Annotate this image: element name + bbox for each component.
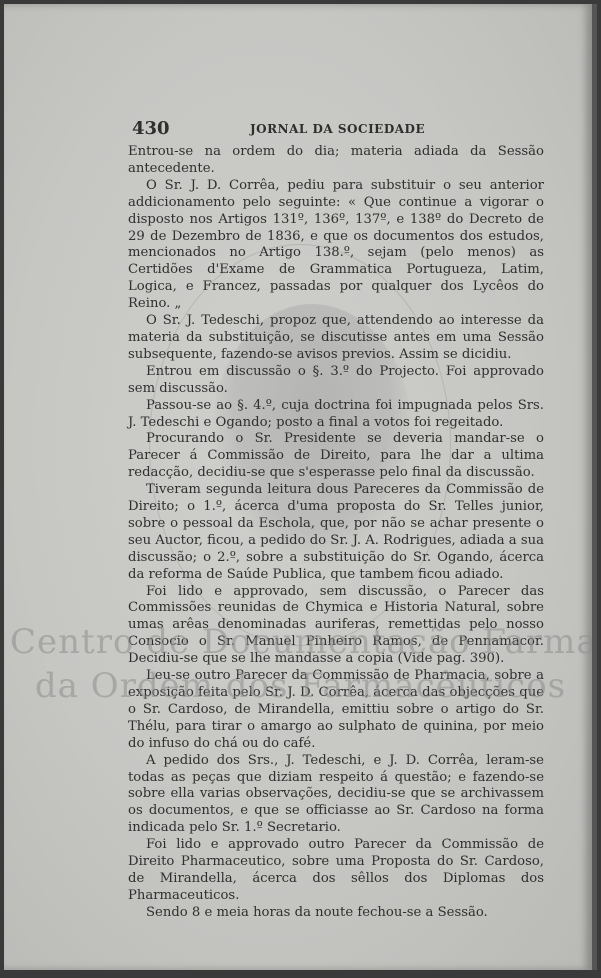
paragraph: Sendo 8 e meia horas da noute fechou-se … (128, 905, 544, 922)
watermark-line-1: Centro de Documentação Farmacêutica (10, 622, 597, 662)
body-text: Entrou-se na ordem do dia; materia adiad… (128, 144, 544, 922)
paragraph: O Sr. J. Tedeschi, propoz que, attendend… (128, 313, 544, 364)
paragraph: Entrou-se na ordem do dia; materia adiad… (128, 144, 544, 178)
page-number: 430 (132, 118, 170, 139)
paragraph: Tiveram segunda leitura dous Pareceres d… (128, 482, 544, 583)
paragraph: Passou-se ao §. 4.º, cuja doctrina foi i… (128, 398, 544, 432)
watermark-line-2: da Ordem dos Farmacêuticos (4, 666, 597, 706)
paragraph: A pedido dos Srs., J. Tedeschi, e J. D. … (128, 753, 544, 838)
scanned-page: 430 JORNAL DA SOCIEDADE Entrou-se na ord… (4, 4, 597, 970)
paragraph: O Sr. J. D. Corrêa, pediu para substitui… (128, 178, 544, 313)
running-title: JORNAL DA SOCIEDADE (250, 122, 425, 136)
paragraph: Foi lido e approvado outro Parecer da Co… (128, 837, 544, 905)
page-header: 430 JORNAL DA SOCIEDADE (132, 118, 542, 140)
paragraph: Entrou em discussão o §. 3.º do Projecto… (128, 364, 544, 398)
paragraph: Procurando o Sr. Presidente se deveria m… (128, 431, 544, 482)
